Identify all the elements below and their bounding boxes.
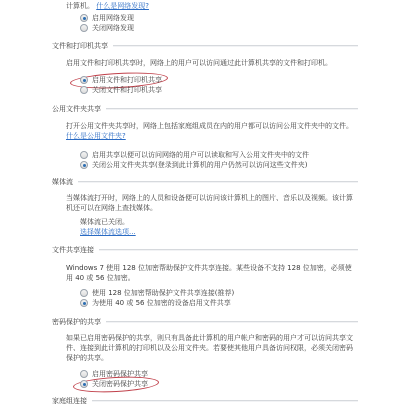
option-label: 关闭文件和打印机共享 (92, 85, 162, 95)
section-header-homegroup-connections: 家庭组连接 (52, 396, 358, 406)
radio-disable-file-printer-sharing[interactable]: 关闭文件和打印机共享 (80, 85, 162, 95)
radio-unselected-icon[interactable] (80, 289, 88, 297)
radio-selected-icon[interactable] (80, 299, 88, 307)
section-divider (99, 249, 358, 251)
section-divider (92, 400, 358, 402)
what-is-network-discovery-link[interactable]: 什么是网络发现? (96, 2, 149, 10)
radio-enable-public-folder-sharing[interactable]: 启用共享以便可以访问网络的用户可以读取和写入公用文件夹中的文件 (80, 150, 309, 160)
radio-selected-icon[interactable] (80, 76, 88, 84)
option-label: 关闭密码保护共享 (92, 379, 148, 389)
radio-enable-network-discovery[interactable]: 启用网络发现 (80, 13, 134, 23)
what-is-public-folder-link[interactable]: 什么是公用文件夹? (66, 132, 126, 140)
radio-unselected-icon[interactable] (80, 24, 88, 32)
section-title: 文件共享连接 (52, 245, 99, 255)
section-divider (106, 108, 358, 110)
section-title: 文件和打印机共享 (52, 41, 113, 51)
radio-unselected-icon[interactable] (80, 151, 88, 159)
radio-use-128-bit-encryption[interactable]: 使用 128 位加密帮助保护文件共享连接(推荐) (80, 288, 234, 298)
radio-selected-icon[interactable] (80, 161, 88, 169)
radio-disable-network-discovery[interactable]: 关闭网络发现 (80, 23, 134, 33)
section-title: 密码保护的共享 (52, 317, 106, 327)
media-streaming-desc: 当媒体流打开时，网络上的人员和设备便可以访问该计算机上的图片、音乐以及视频。该计… (66, 193, 358, 213)
option-label: 关闭网络发现 (92, 23, 134, 33)
section-divider (78, 181, 358, 183)
radio-selected-icon[interactable] (80, 380, 88, 388)
public-folder-desc-text: 打开公用文件夹共享时，网络上包括家庭组成员在内的用户都可以访问公用文件夹中的文件… (66, 122, 353, 130)
section-header-media-streaming: 媒体流 (52, 177, 358, 187)
network-discovery-desc: 计算机。 什么是网络发现? (66, 1, 149, 11)
radio-enable-file-printer-sharing[interactable]: 启用文件和打印机共享 (80, 75, 162, 85)
option-label: 启用网络发现 (92, 13, 134, 23)
radio-selected-icon[interactable] (80, 14, 88, 22)
section-header-file-sharing-connections: 文件共享连接 (52, 245, 358, 255)
choose-media-streaming-options-link[interactable]: 选择媒体流选项... (80, 227, 136, 237)
section-title: 公用文件夹共享 (52, 104, 106, 114)
section-header-public-folder-sharing: 公用文件夹共享 (52, 104, 358, 114)
option-label: 启用文件和打印机共享 (92, 75, 162, 85)
password-protected-sharing-desc: 如果已启用密码保护的共享，则只有具备此计算机的用户帐户和密码的用户才可以访问共享… (66, 333, 358, 363)
network-discovery-desc-tail: 计算机。 (66, 2, 94, 10)
media-streaming-status: 媒体流已关闭。 (80, 217, 129, 227)
radio-disable-password-protected-sharing[interactable]: 关闭密码保护共享 (80, 379, 148, 389)
section-divider (106, 321, 358, 323)
file-printer-sharing-desc: 启用文件和打印机共享时，网络上的用户可以访问通过此计算机共享的文件和打印机。 (66, 58, 358, 68)
option-label: 使用 128 位加密帮助保护文件共享连接(推荐) (92, 288, 234, 298)
section-title: 媒体流 (52, 177, 78, 187)
section-title: 家庭组连接 (52, 396, 92, 406)
public-folder-sharing-desc: 打开公用文件夹共享时，网络上包括家庭组成员在内的用户都可以访问公用文件夹中的文件… (66, 121, 358, 141)
section-header-password-protected-sharing: 密码保护的共享 (52, 317, 358, 327)
option-label: 为使用 40 或 56 位加密的设备启用文件共享 (92, 298, 231, 308)
section-divider (113, 45, 358, 47)
radio-enable-40-56-bit-sharing[interactable]: 为使用 40 或 56 位加密的设备启用文件共享 (80, 298, 231, 308)
radio-unselected-icon[interactable] (80, 370, 88, 378)
radio-disable-public-folder-sharing[interactable]: 关闭公用文件夹共享(登录到此计算机的用户仍然可以访问这些文件夹) (80, 160, 307, 170)
section-header-file-printer-sharing: 文件和打印机共享 (52, 41, 358, 51)
option-label: 关闭公用文件夹共享(登录到此计算机的用户仍然可以访问这些文件夹) (92, 160, 307, 170)
radio-unselected-icon[interactable] (80, 86, 88, 94)
file-sharing-connections-desc: Windows 7 使用 128 位加密帮助保护文件共享连接。某些设备不支持 1… (66, 263, 358, 283)
option-label: 启用共享以便可以访问网络的用户可以读取和写入公用文件夹中的文件 (92, 150, 309, 160)
